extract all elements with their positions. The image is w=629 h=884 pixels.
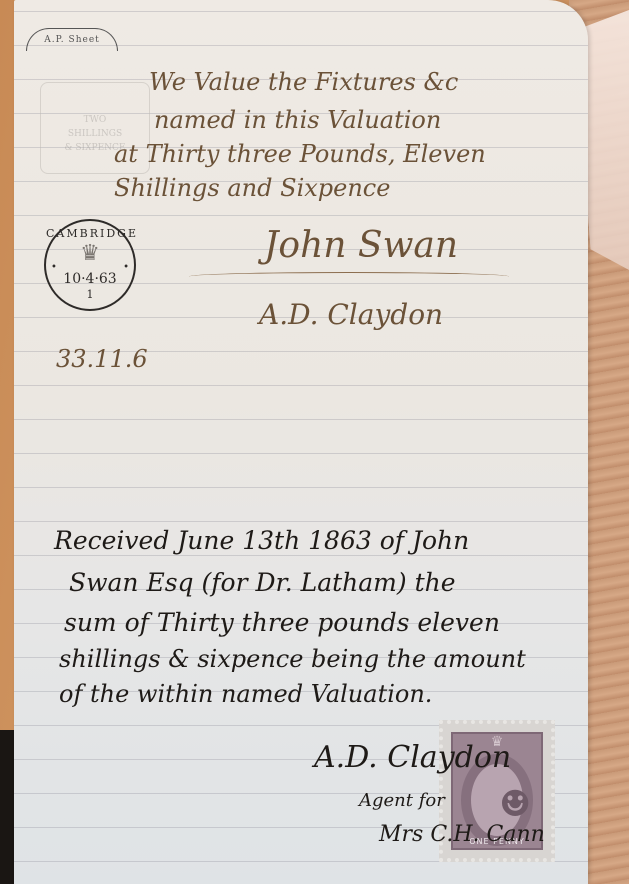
principal-name: Mrs C.H. Cann [379,822,545,847]
crown-icon: ♛ [46,241,134,266]
postmark-number: 1 [46,288,134,301]
paper-maker-stamp: A.P. Sheet [26,28,118,51]
signature-claydon-brown: A.D. Claydon [259,298,443,331]
receipt-line-5: of the within named Valuation. [59,680,432,708]
postmark-date: 10·4·63 [46,271,134,287]
signature-john-swan: John Swan [264,225,458,266]
valuation-line-4: Shillings and Sixpence [114,174,390,202]
cambridge-postmark: CAMBRIDGE ♛ • • 10·4·63 1 [44,219,136,311]
valuation-line-2: named in this Valuation [154,106,441,134]
document-page: A.P. Sheet TWO SHILLINGS & SIXPENCE We V… [14,0,588,884]
receipt-line-2: Swan Esq (for Dr. Latham) the [69,568,456,597]
amount-figures: 33.11.6 [56,345,148,373]
agent-for-line: Agent for [359,790,445,811]
receipt-line-3: sum of Thirty three pounds eleven [64,608,500,637]
embossed-line: TWO [41,113,149,127]
receipt-line-4: shillings & sixpence being the amount [59,645,526,673]
signature-claydon-black: A.D. Claydon [314,740,511,775]
valuation-line-3: at Thirty three Pounds, Eleven [114,140,486,168]
receipt-line-1: Received June 13th 1863 of John [54,526,469,555]
postmark-town: CAMBRIDGE [46,227,134,240]
queen-portrait-icon: ☻ [499,784,531,825]
embossed-line: SHILLINGS [41,127,149,141]
valuation-line-1: We Value the Fixtures &c [149,68,458,96]
signature-flourish [189,272,509,281]
